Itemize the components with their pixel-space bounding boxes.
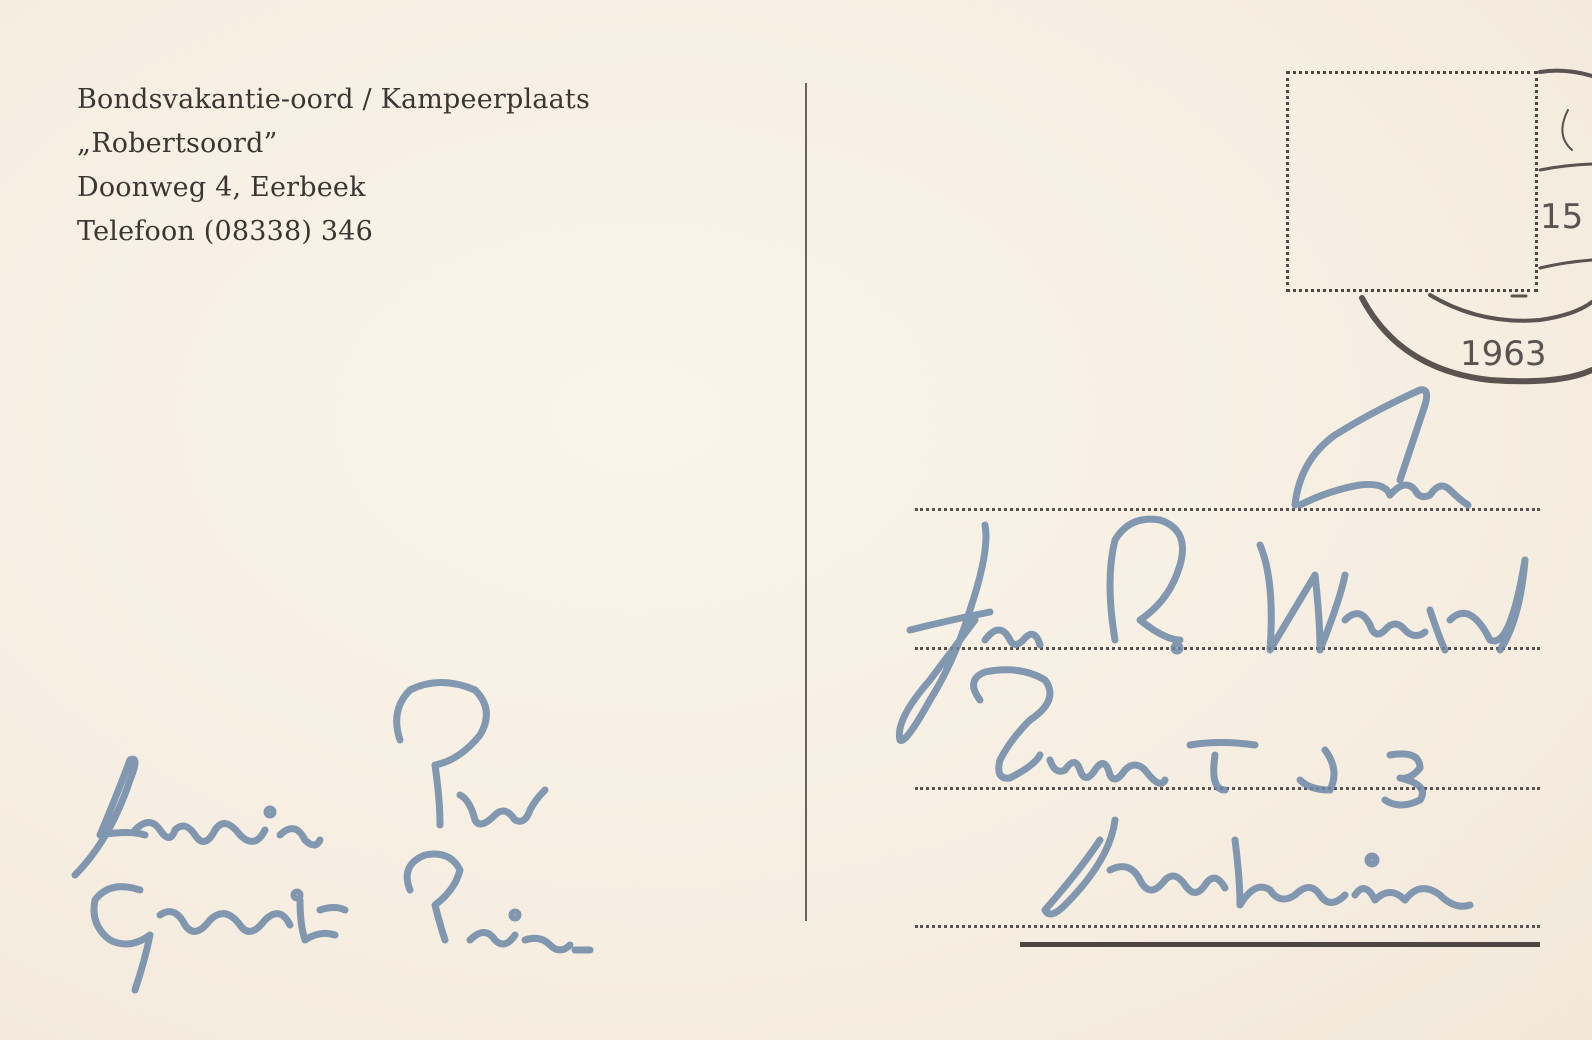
sender-address-block: Bondsvakantie-oord / Kampeerplaats „Robe… xyxy=(77,78,590,254)
address-line-4 xyxy=(915,925,1540,928)
sender-line-1: Bondsvakantie-oord / Kampeerplaats xyxy=(77,78,590,122)
handwriting-signatures xyxy=(75,683,590,991)
address-line-1 xyxy=(915,508,1540,511)
vertical-divider xyxy=(805,83,807,921)
postmark-year: 1963 xyxy=(1460,334,1547,374)
sender-line-2: „Robertsoord” xyxy=(77,122,590,166)
handwriting-city xyxy=(1045,820,1470,914)
handwriting-street xyxy=(974,670,1423,805)
handwriting-aan xyxy=(1295,390,1468,505)
handwriting-recipient xyxy=(899,519,1525,740)
address-city: Wenkuizen xyxy=(1050,880,1051,881)
message-line-1: Annie Piet xyxy=(80,820,81,821)
address-line-3 xyxy=(915,787,1540,790)
address-street: Buurs 43 xyxy=(980,740,981,741)
sender-line-4: Telefoon (08338) 346 xyxy=(77,210,590,254)
address-line-2 xyxy=(915,647,1540,650)
address-recipient: Jan R. Wanink xyxy=(920,600,921,601)
message-line-2: Gerrit Lein xyxy=(90,920,91,921)
postcard-back: Bondsvakantie-oord / Kampeerplaats „Robe… xyxy=(0,0,1592,1040)
sender-line-3: Doonweg 4, Eerbeek xyxy=(77,166,590,210)
address-underline-solid xyxy=(1020,942,1540,947)
address-salutation: Aan xyxy=(1300,460,1301,461)
postmark-icon: 1963 15 xyxy=(1340,40,1592,400)
postmark-partial-date: 15 xyxy=(1540,197,1583,237)
